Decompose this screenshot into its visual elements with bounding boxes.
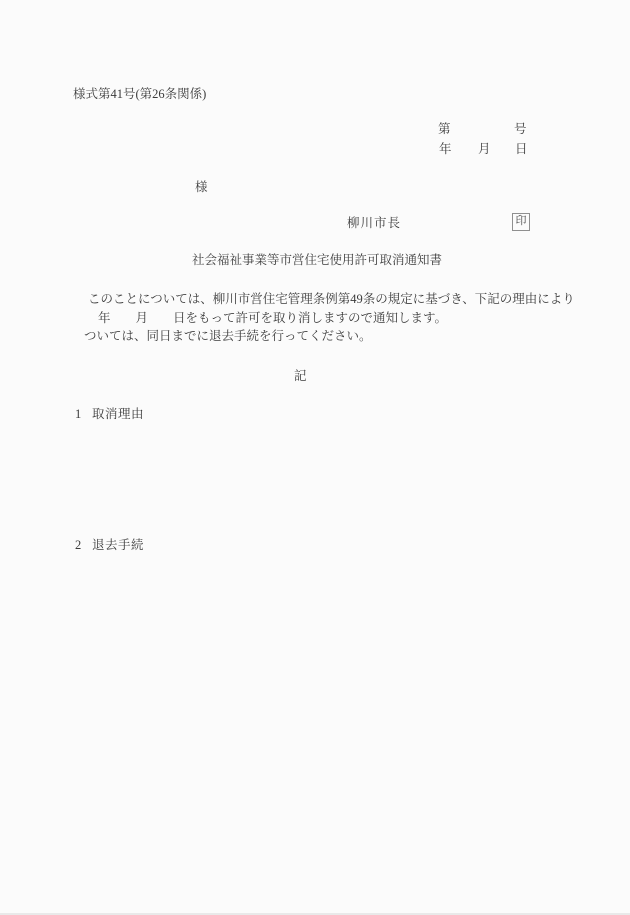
document-page: 様式第41号(第26条関係) 第 号 年 月 日 様 柳川市長 印 社会福祉事業… <box>0 0 630 915</box>
date-month-label: 月 <box>478 141 491 159</box>
sender-name: 柳川市長 <box>347 215 401 233</box>
form-number: 様式第41号(第26条関係) <box>73 86 206 104</box>
document-number-prefix: 第 <box>438 121 451 139</box>
body-paragraph-line-3: ついては、同日までに退去手続を行ってください。 <box>84 328 372 346</box>
body-paragraph-line-2: 年 月 日をもって許可を取り消しますので通知します。 <box>98 310 447 328</box>
section-number: 2 <box>75 537 81 555</box>
section-label: 退去手続 <box>92 537 144 555</box>
body-paragraph-line-1: このことについては、柳川市営住宅管理条例第49条の規定に基づき、下記の理由により <box>88 291 575 309</box>
section-label: 取消理由 <box>92 406 144 424</box>
document-title: 社会福祉事業等市営住宅使用許可取消通知書 <box>192 252 442 270</box>
addressee-honorific: 様 <box>195 179 208 197</box>
date-year-label: 年 <box>439 141 452 159</box>
section-number: 1 <box>75 406 81 424</box>
record-marker: 記 <box>294 368 307 386</box>
document-number-suffix: 号 <box>514 121 527 139</box>
seal-box: 印 <box>512 213 530 231</box>
seal-mark-icon: 印 <box>516 214 527 229</box>
date-day-label: 日 <box>515 141 528 159</box>
